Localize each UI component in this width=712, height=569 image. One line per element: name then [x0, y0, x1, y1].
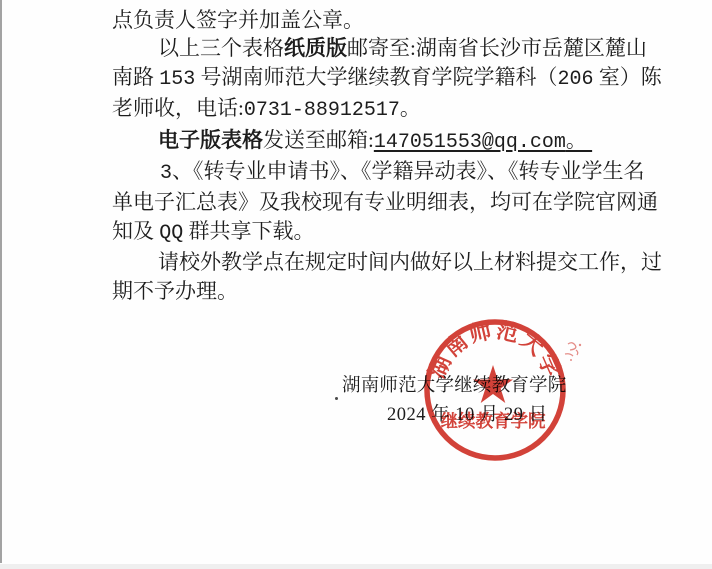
text-segment: 号湖南师范大学继续教育学院学籍科（ [195, 65, 557, 89]
document-line: 期不予办理。 [112, 277, 614, 305]
document-line: 请校外教学点在规定时间内做好以上材料提交工作，过 [112, 248, 614, 276]
ink-speck [335, 397, 338, 400]
text-segment: 以上三个表格 [158, 36, 284, 60]
text-segment: 电子版表格 [158, 128, 263, 152]
text-segment: 室）陈 [594, 65, 662, 89]
text-segment: 、《转专业申请书》、《学籍异动表》、《转专业学生名 [172, 159, 645, 183]
text-segment: 期不予办理。 [112, 279, 238, 303]
document-line: 以上三个表格纸质版邮寄至:湖南省长沙市岳麓区麓山 [112, 34, 614, 62]
text-segment: 老师收，电话: [112, 96, 244, 120]
document-line: 老师收，电话:0731-88912517。 [112, 94, 614, 125]
text-segment: 点负责人签字并加盖公章。 [112, 8, 364, 32]
document-line: 电子版表格发送至邮箱:147051553@qq.com。 [112, 126, 614, 157]
text-segment: 147051553@qq.com [374, 131, 566, 154]
text-segment: 南路 [112, 65, 159, 89]
text-segment: 206 [558, 68, 594, 91]
document-body: 点负责人签字并加盖公章。以上三个表格纸质版邮寄至:湖南省长沙市岳麓区麓山南路 1… [112, 6, 614, 305]
document-line: 南路 153 号湖南师范大学继续教育学院学籍科（206 室）陈 [112, 63, 614, 94]
document-line: 单电子汇总表》及我校现有专业明细表，均可在学院官网通 [112, 188, 614, 216]
seal-department-text: 继续教育学院 [441, 411, 546, 431]
document-line: 知及 QQ 群共享下载。 [112, 217, 614, 248]
document-line: 3、《转专业申请书》、《学籍异动表》、《转专业学生名 [112, 157, 614, 188]
text-segment: 发送至邮箱: [263, 128, 374, 152]
official-seal: 湖南师范大学 继续教育学院 [420, 315, 570, 465]
text-segment: 。 [400, 96, 421, 120]
text-segment: 请校外教学点在规定时间内做好以上材料提交工作，过 [158, 250, 662, 274]
text-segment: 单电子汇总表》及我校现有专业明细表，均可在学院官网通 [112, 190, 658, 214]
text-segment: 。 [566, 128, 592, 152]
text-segment: 知及 [112, 219, 159, 243]
text-segment: 153 [159, 68, 195, 91]
scan-edge-left [0, 0, 2, 563]
ink-smudge [560, 338, 590, 370]
scan-edge-bottom [0, 564, 712, 569]
star-icon [473, 365, 513, 403]
text-segment: 邮寄至:湖南省长沙市岳麓区麓山 [347, 36, 647, 60]
text-segment: 3 [160, 162, 172, 185]
document-line: 点负责人签字并加盖公章。 [112, 6, 614, 34]
text-segment: 群共享下载。 [183, 219, 314, 243]
scanned-document-page: 点负责人签字并加盖公章。以上三个表格纸质版邮寄至:湖南省长沙市岳麓区麓山南路 1… [0, 0, 712, 569]
text-segment: 纸质版 [284, 36, 347, 60]
text-segment: QQ [159, 222, 183, 245]
text-segment: 0731-88912517 [244, 99, 400, 122]
